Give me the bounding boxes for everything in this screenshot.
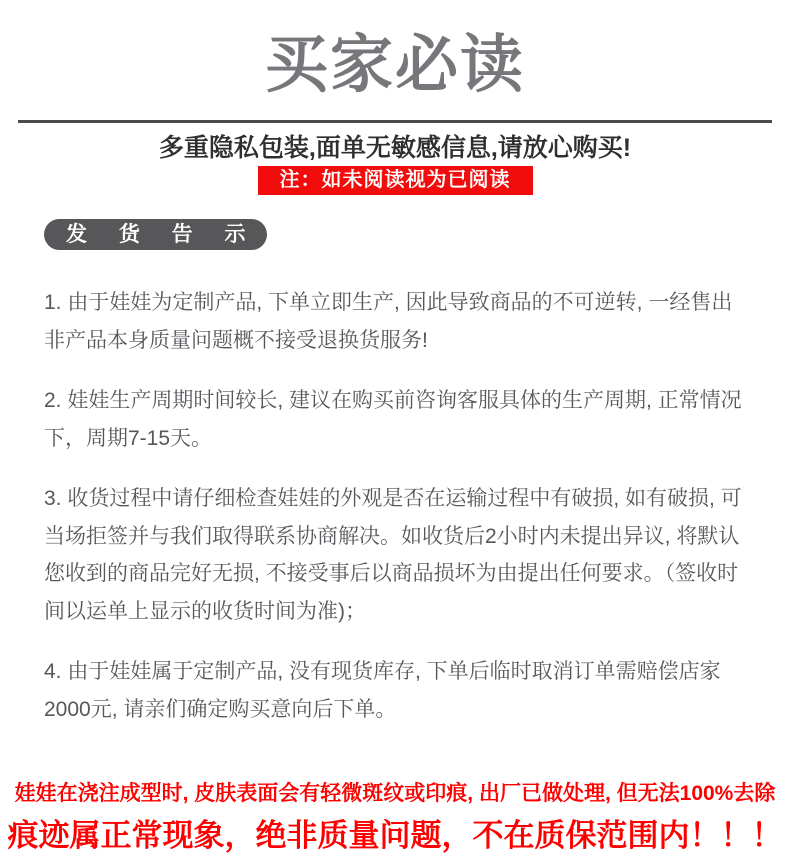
term-item-1: 1. 由于娃娃为定制产品, 下单立即生产, 因此导致商品的不可逆转, 一经售出非… (44, 284, 750, 359)
privacy-packaging-subtitle: 多重隐私包装,面单无敏感信息,请放心购买! (0, 133, 790, 163)
terms-section: 1. 由于娃娃为定制产品, 下单立即生产, 因此导致商品的不可逆转, 一经售出非… (44, 284, 750, 728)
page-title: 买家必读 (0, 0, 790, 106)
casting-defect-warning: 娃娃在浇注成型时, 皮肤表面会有轻微斑纹或印痕, 出厂已做处理, 但无法100%… (0, 781, 790, 807)
page-header: 买家必读 多重隐私包装,面单无敏感信息,请放心购买! 注：如未阅读视为已阅读 (0, 0, 790, 195)
term-item-3: 3. 收货过程中请仔细检查娃娃的外观是否在运输过程中有破损, 如有破损, 可当场… (44, 480, 750, 630)
quality-disclaimer-warning: 痕迹属正常现象，绝非质量问题，不在质保范围内！！！ (0, 816, 790, 856)
buyer-notice-page: 买家必读 多重隐私包装,面单无敏感信息,请放心购买! 注：如未阅读视为已阅读 发… (0, 0, 790, 867)
term-item-2: 2. 娃娃生产周期时间较长, 建议在购买前咨询客服具体的生产周期, 正常情况下，… (44, 382, 750, 457)
warning-footer: 娃娃在浇注成型时, 皮肤表面会有轻微斑纹或印痕, 出厂已做处理, 但无法100%… (0, 781, 790, 856)
header-divider (18, 120, 772, 123)
term-item-4: 4. 由于娃娃属于定制产品, 没有现货库存, 下单后临时取消订单需赔偿店家200… (44, 653, 750, 728)
must-read-banner: 注：如未阅读视为已阅读 (258, 166, 533, 195)
shipping-notice-badge: 发 货 告 示 (44, 219, 267, 250)
